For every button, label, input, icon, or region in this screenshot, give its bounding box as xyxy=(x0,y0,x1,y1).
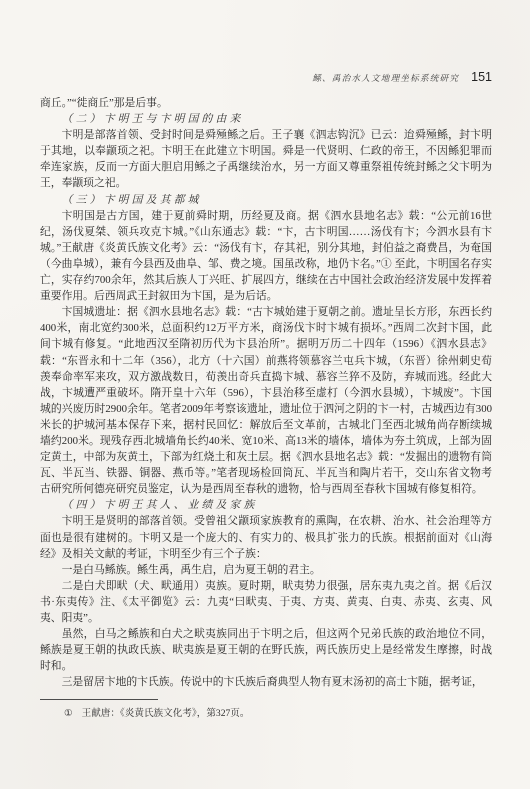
footnote-divider xyxy=(40,699,158,700)
paragraph: 三是留居卞地的卞氏族。传说中的卞氏族后裔典型人物有夏末汤初的高士卞随，据考证， xyxy=(40,674,492,690)
footnote: ① 王献唐：《炎黄氏族文化考》，第327页。 xyxy=(40,707,492,721)
paragraph: 虽然，白马之鲧族和白犬之畎夷族同出于卞明之后，但这两个兄弟氏族的政治地位不同，鲧… xyxy=(40,626,492,674)
paragraph: 二是白犬即畎（犬、畎通用）夷族。夏时期，畎夷势力很强，居东夷九夷之首。据《后汉书… xyxy=(40,578,492,626)
paragraph: 卞国城遗址：据《泗水县地名志》载：“古卞城始建于夏朝之前。遗址呈长方形，东西长约… xyxy=(40,304,492,497)
footnote-text: 王献唐：《炎黄氏族文化考》，第327页。 xyxy=(82,707,250,721)
page-number: 151 xyxy=(471,70,492,84)
paragraph: （四）卞明王其人、业绩及家族 xyxy=(40,497,492,513)
paragraph: （三）卞明国及其都城 xyxy=(40,192,492,208)
page-header: 鲧、禹治水人文地理坐标系统研究 151 xyxy=(40,70,492,84)
book-page: 鲧、禹治水人文地理坐标系统研究 151 商丘。”“徙商丘”那是后事。（二）卞明王… xyxy=(0,0,530,789)
running-title: 鲧、禹治水人文地理坐标系统研究 xyxy=(312,72,459,84)
paragraph: 卞明王是贤明的部落首领。受曾祖父颛顼家族教育的熏陶，在农耕、治水、社会治理等方面… xyxy=(40,513,492,561)
paragraph: （二）卞明王与卞明国的由来 xyxy=(40,111,492,127)
paragraph: 商丘。”“徙商丘”那是后事。 xyxy=(40,95,492,111)
page-body: 商丘。”“徙商丘”那是后事。（二）卞明王与卞明国的由来卞明是部落首领、受封时间是… xyxy=(40,95,492,690)
paragraph: 卞明国是古方国，建于夏前舜时期，历经夏及商。据《泗水县地名志》载：“公元前16世… xyxy=(40,208,492,305)
footnote-marker: ① xyxy=(64,707,73,721)
paragraph: 一是白马鲧族。鲧生禹，禹生启，启为夏王朝的君主。 xyxy=(40,562,492,578)
paragraph: 卞明是部落首领、受封时间是舜殛鲧之后。王子襄《泗志钩沉》已云：迨舜殛鲧，封卞明于… xyxy=(40,127,492,191)
